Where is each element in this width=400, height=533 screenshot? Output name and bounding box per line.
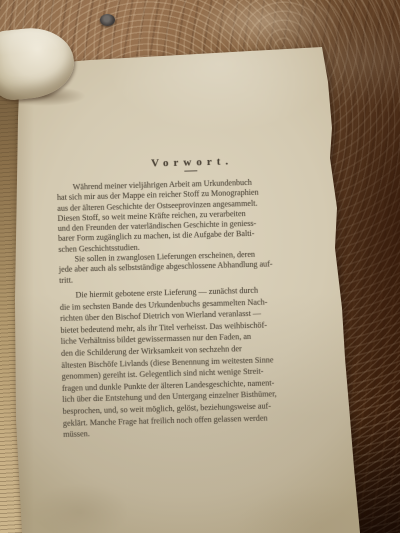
paragraph-3: Die hiermit gebotene erste Lieferung — z… [59,283,331,441]
page-text: Vorwort. Während meiner vieljährigen Arb… [56,153,331,441]
title-divider [184,170,197,171]
photo-of-book-page: Vorwort. Während meiner vieljährigen Arb… [0,0,400,533]
paragraph-2: Sie sollen in zwanglosen Lieferungen ers… [58,248,327,286]
paragraph-1: Während meiner vieljährigen Arbeit am Ur… [57,176,327,255]
